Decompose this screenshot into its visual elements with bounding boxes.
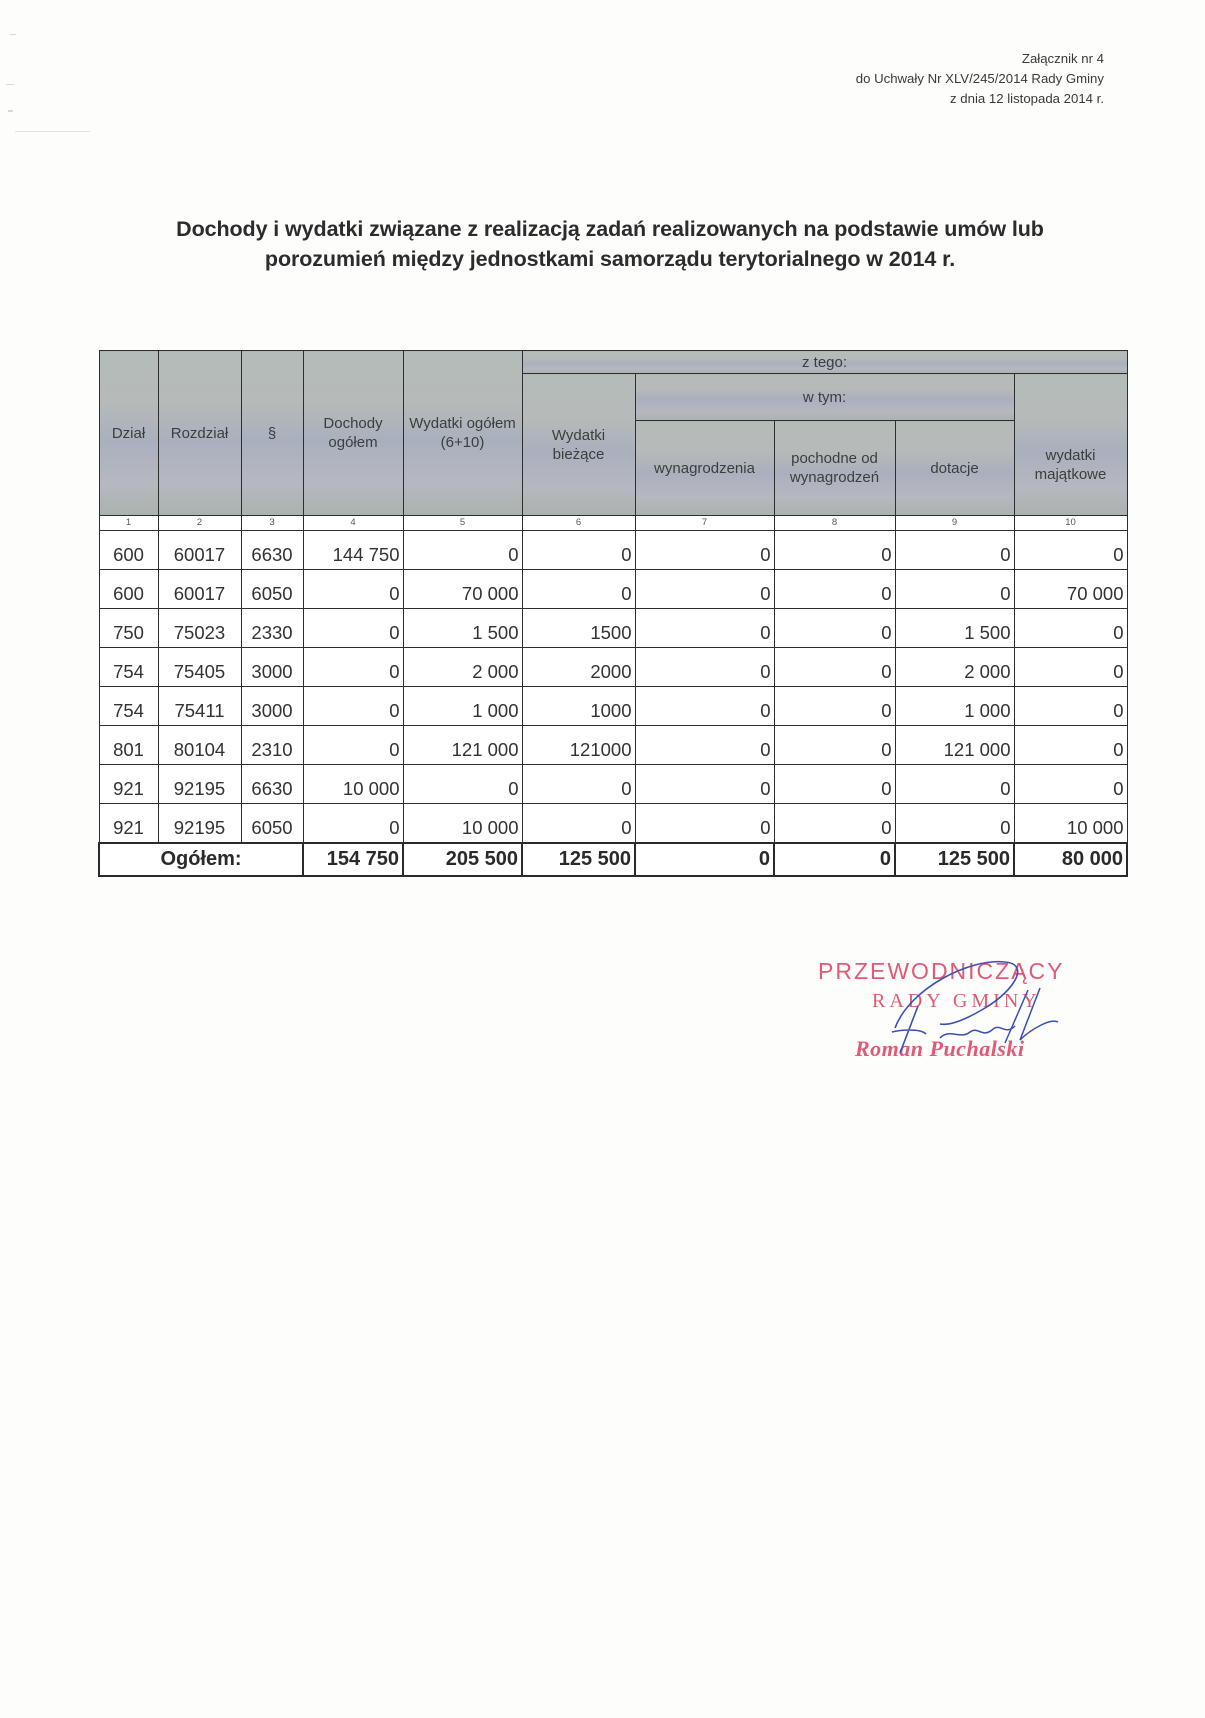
- table-cell: 801: [99, 726, 158, 765]
- table-cell: 2 000: [895, 648, 1014, 687]
- table-cell: 0: [1014, 726, 1127, 765]
- table-cell: 0: [774, 648, 895, 687]
- table-cell: 2310: [241, 726, 303, 765]
- table-cell: 0: [403, 531, 522, 570]
- column-number: 9: [895, 516, 1014, 531]
- header-wydatki-majatkowe: wydatki majątkowe: [1014, 374, 1127, 516]
- table-row: 75475405300002 0002000002 0000: [99, 648, 1127, 687]
- table-cell: 2330: [241, 609, 303, 648]
- title-line-2: porozumień między jednostkami samorządu …: [110, 244, 1110, 274]
- table-cell: 1 500: [403, 609, 522, 648]
- table-cell: 121000: [522, 726, 635, 765]
- header-wydatki-ogolem: Wydatki ogółem (6+10): [403, 351, 522, 516]
- scan-artifact: [6, 84, 14, 85]
- table-cell: 0: [635, 726, 774, 765]
- table-row: 92192195663010 000000000: [99, 765, 1127, 804]
- column-number-row: 12345678910: [99, 516, 1127, 531]
- table-row: 75075023233001 5001500001 5000: [99, 609, 1127, 648]
- table-cell: 10 000: [1014, 804, 1127, 844]
- budget-table: Dział Rozdział § Dochody ogółem Wydatki …: [98, 350, 1128, 877]
- table-cell: 1 000: [403, 687, 522, 726]
- table-cell: 0: [635, 804, 774, 844]
- table-cell: 0: [774, 765, 895, 804]
- column-number: 5: [403, 516, 522, 531]
- column-number: 7: [635, 516, 774, 531]
- table-cell: 0: [303, 609, 403, 648]
- table-row: 75475411300001 0001000001 0000: [99, 687, 1127, 726]
- table-cell: 0: [1014, 531, 1127, 570]
- table-cell: 0: [303, 570, 403, 609]
- table-cell: 0: [522, 804, 635, 844]
- column-number: 10: [1014, 516, 1127, 531]
- table-cell: 921: [99, 765, 158, 804]
- title-line-1: Dochody i wydatki związane z realizacją …: [110, 214, 1110, 244]
- total-cell: 80 000: [1014, 843, 1127, 876]
- table-cell: 75023: [158, 609, 241, 648]
- table-row: 600600176630144 750000000: [99, 531, 1127, 570]
- column-number: 1: [99, 516, 158, 531]
- annex-resolution: do Uchwały Nr XLV/245/2014 Rady Gminy: [856, 69, 1104, 89]
- table-cell: 0: [774, 804, 895, 844]
- header-w-tym: w tym:: [635, 374, 1014, 421]
- annex-date: z dnia 12 listopada 2014 r.: [856, 89, 1104, 109]
- annex-header: Załącznik nr 4 do Uchwały Nr XLV/245/201…: [856, 49, 1104, 109]
- total-row: Ogółem:154 750205 500125 50000125 50080 …: [99, 843, 1127, 876]
- header-pochodne: pochodne od wynagrodzeń: [774, 421, 895, 516]
- total-cell: 125 500: [522, 843, 635, 876]
- table-cell: 60017: [158, 570, 241, 609]
- table-cell: 1 000: [895, 687, 1014, 726]
- total-cell: 0: [635, 843, 774, 876]
- table-row: 8018010423100121 00012100000121 0000: [99, 726, 1127, 765]
- total-cell: 0: [774, 843, 895, 876]
- table-cell: 1000: [522, 687, 635, 726]
- column-number: 8: [774, 516, 895, 531]
- table-cell: 1 500: [895, 609, 1014, 648]
- table-cell: 0: [303, 804, 403, 844]
- table-cell: 0: [895, 765, 1014, 804]
- table-cell: 0: [774, 609, 895, 648]
- table-cell: 0: [635, 531, 774, 570]
- table-cell: 92195: [158, 804, 241, 844]
- header-dotacje: dotacje: [895, 421, 1014, 516]
- table-cell: 75411: [158, 687, 241, 726]
- table-cell: 0: [522, 765, 635, 804]
- total-cell: 205 500: [403, 843, 522, 876]
- chairman-stamp: PRZEWODNICZĄCY RADY GMINY Roman Puchalsk…: [800, 948, 1120, 1068]
- table-cell: 0: [522, 531, 635, 570]
- table-cell: 144 750: [303, 531, 403, 570]
- header-wydatki-biezace: Wydatki bieżące: [522, 374, 635, 516]
- column-number: 3: [241, 516, 303, 531]
- table-cell: 600: [99, 570, 158, 609]
- table-cell: 10 000: [303, 765, 403, 804]
- table-cell: 121 000: [895, 726, 1014, 765]
- table-cell: 921: [99, 804, 158, 844]
- scan-artifact: [15, 131, 90, 132]
- table-cell: 70 000: [1014, 570, 1127, 609]
- handwritten-signature: [800, 948, 1120, 1068]
- table-cell: 75405: [158, 648, 241, 687]
- table-cell: 0: [774, 570, 895, 609]
- table-cell: 0: [635, 687, 774, 726]
- table-cell: 3000: [241, 687, 303, 726]
- table-cell: 2000: [522, 648, 635, 687]
- table-cell: 0: [303, 687, 403, 726]
- table-cell: 754: [99, 648, 158, 687]
- table-cell: 0: [895, 570, 1014, 609]
- table-cell: 0: [895, 531, 1014, 570]
- table-cell: 3000: [241, 648, 303, 687]
- total-cell: 125 500: [895, 843, 1014, 876]
- table-cell: 0: [1014, 648, 1127, 687]
- table-cell: 0: [774, 531, 895, 570]
- table-cell: 6050: [241, 804, 303, 844]
- column-number: 2: [158, 516, 241, 531]
- table-cell: 0: [403, 765, 522, 804]
- header-z-tego: z tego:: [522, 351, 1127, 374]
- table-cell: 6630: [241, 531, 303, 570]
- table-cell: 754: [99, 687, 158, 726]
- document-title: Dochody i wydatki związane z realizacją …: [110, 214, 1110, 274]
- header-dzial: Dział: [99, 351, 158, 516]
- table-cell: 121 000: [403, 726, 522, 765]
- table-cell: 0: [635, 609, 774, 648]
- table-cell: 600: [99, 531, 158, 570]
- table-cell: 0: [303, 726, 403, 765]
- table-cell: 0: [895, 804, 1014, 844]
- total-label: Ogółem:: [99, 843, 303, 876]
- table-cell: 0: [1014, 765, 1127, 804]
- table-cell: 2 000: [403, 648, 522, 687]
- header-paragraf: §: [241, 351, 303, 516]
- table-cell: 0: [635, 648, 774, 687]
- table-cell: 0: [303, 648, 403, 687]
- table-cell: 92195: [158, 765, 241, 804]
- table-cell: 0: [522, 570, 635, 609]
- table-row: 921921956050010 000000010 000: [99, 804, 1127, 844]
- scan-artifact: [10, 34, 16, 35]
- table-cell: 60017: [158, 531, 241, 570]
- header-rozdzial: Rozdział: [158, 351, 241, 516]
- table-cell: 0: [774, 687, 895, 726]
- table-cell: 0: [1014, 609, 1127, 648]
- annex-number: Załącznik nr 4: [856, 49, 1104, 69]
- column-number: 6: [522, 516, 635, 531]
- table-cell: 6630: [241, 765, 303, 804]
- header-dochody-ogolem: Dochody ogółem: [303, 351, 403, 516]
- table-cell: 70 000: [403, 570, 522, 609]
- table-cell: 10 000: [403, 804, 522, 844]
- column-number: 4: [303, 516, 403, 531]
- total-cell: 154 750: [303, 843, 403, 876]
- scan-artifact: [8, 110, 13, 112]
- table-cell: 6050: [241, 570, 303, 609]
- table-cell: 750: [99, 609, 158, 648]
- table-cell: 80104: [158, 726, 241, 765]
- header-wynagrodzenia: wynagrodzenia: [635, 421, 774, 516]
- table-cell: 0: [635, 570, 774, 609]
- table-cell: 1500: [522, 609, 635, 648]
- table-cell: 0: [1014, 687, 1127, 726]
- table-cell: 0: [774, 726, 895, 765]
- table-row: 600600176050070 000000070 000: [99, 570, 1127, 609]
- table-cell: 0: [635, 765, 774, 804]
